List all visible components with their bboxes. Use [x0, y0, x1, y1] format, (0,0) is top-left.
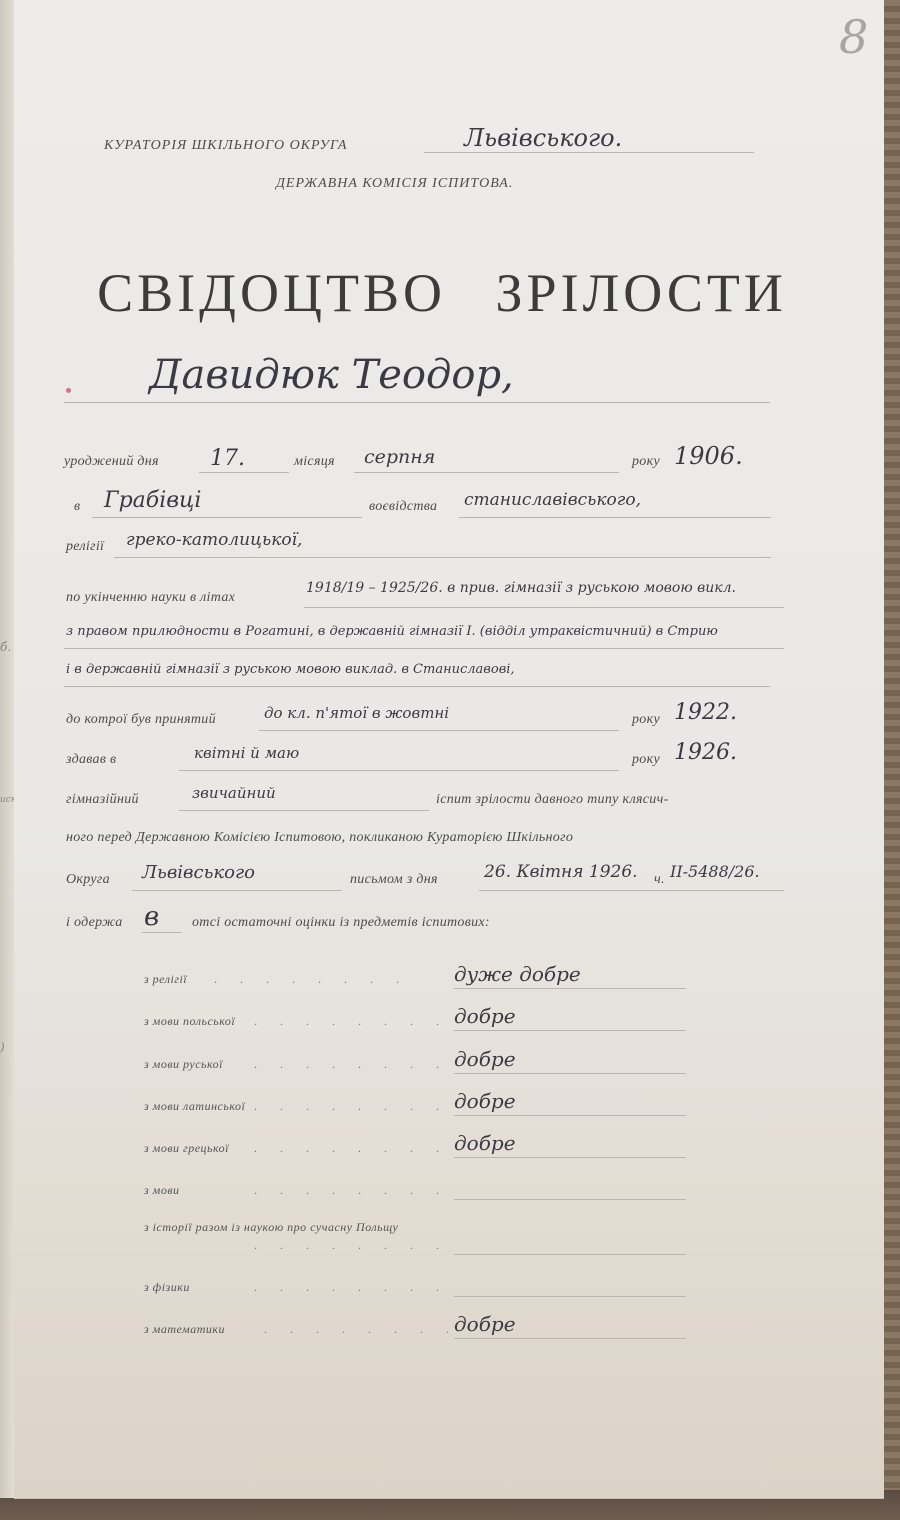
- margin-mark: б.: [0, 640, 11, 654]
- grade-line: [454, 988, 686, 989]
- grade-subject: з релігії: [144, 972, 187, 987]
- grade-subject: з мови латинської: [144, 1099, 245, 1114]
- grade-line: [454, 1157, 686, 1158]
- grade-value: добре: [454, 1047, 516, 1071]
- desk-background-right: [884, 0, 900, 1520]
- grade-line: [454, 1073, 686, 1074]
- birth-day: 17.: [210, 446, 245, 471]
- grade-subject: з історії разом із наукою про сучасну По…: [144, 1218, 444, 1236]
- month-line: [354, 472, 619, 473]
- exam-type-value: звичайний: [192, 784, 276, 802]
- admission-year: 1922.: [674, 700, 737, 725]
- dot-leader: . . . . . . . .: [254, 1141, 449, 1156]
- exam-taken-value: квітні й маю: [194, 744, 299, 762]
- education-line-1: 1918/19 – 1925/26. в прив. гімназії з ру…: [306, 580, 736, 596]
- education-label: по укінченню науки в літах: [66, 590, 235, 606]
- year-label: року: [632, 454, 660, 470]
- exam-taken-label: здавав в: [66, 752, 116, 768]
- admission-label: до котрої був принятий: [66, 712, 216, 728]
- education-rule-2: [64, 648, 784, 649]
- grade-line: [454, 1296, 686, 1297]
- received-suffix-line: [142, 932, 182, 933]
- admission-year-label: року: [632, 712, 660, 728]
- birth-month: серпня: [364, 446, 435, 468]
- education-line-2: з правом прилюдности в Рогатині, в держа…: [66, 624, 718, 639]
- exam-type-line: [179, 810, 429, 811]
- district-value: Львівського: [142, 862, 255, 883]
- grade-line: [454, 1199, 686, 1200]
- letter-number-label: ч.: [654, 872, 665, 888]
- gymnasium-label: гімназійний: [66, 792, 139, 808]
- voivodeship-line: [459, 517, 771, 518]
- received-label: і одержа: [66, 915, 123, 931]
- dot-leader: . . . . . . . .: [254, 1014, 449, 1029]
- month-label: місяця: [294, 454, 335, 470]
- certificate-page: 8 КУРАТОРІЯ ШКІЛЬНОГО ОКРУГА Львівського…: [14, 0, 884, 1499]
- student-name: Давидюк Теодор,: [149, 352, 514, 398]
- grade-line: [454, 1115, 686, 1116]
- admission-value: до кл. п'ятої в жовтні: [264, 704, 449, 722]
- in-label: в: [74, 499, 80, 515]
- letter-line: [479, 890, 784, 891]
- page-number: 8: [839, 10, 868, 64]
- religion-value: греко-католицької,: [126, 530, 302, 550]
- received-suffix: в: [144, 902, 159, 932]
- exam-type-text-1: іспит зрілости давного типу клясич-: [436, 792, 669, 808]
- name-line: [64, 402, 770, 403]
- exam-year: 1926.: [674, 740, 737, 765]
- birth-year: 1906.: [674, 442, 743, 470]
- district-label: Округа: [66, 872, 110, 888]
- grade-subject: з мови польської: [144, 1014, 235, 1029]
- margin-mark: ): [0, 1040, 5, 1054]
- letter-label: письмом з дня: [350, 872, 438, 888]
- town-line: [92, 517, 362, 518]
- birth-town: Грабівці: [104, 488, 201, 513]
- admission-line: [259, 730, 619, 731]
- dot-leader: . . . . . . . .: [254, 1057, 449, 1072]
- grade-subject: з математики: [144, 1322, 225, 1337]
- grade-value: добре: [454, 1131, 516, 1155]
- received-text: отсі остаточні оцінки із предметів іспит…: [192, 915, 490, 931]
- grade-value: дуже добре: [454, 962, 581, 986]
- grade-value: добре: [454, 1312, 516, 1336]
- dot-leader: . . . . . . . .: [254, 1099, 449, 1114]
- education-line-3: і в державній гімназії з руською мовою в…: [66, 662, 515, 677]
- curatorship-line: [424, 152, 754, 153]
- grade-subject: з мови грецької: [144, 1141, 229, 1156]
- education-rule-3: [64, 686, 770, 687]
- education-rule-1: [304, 607, 784, 608]
- grade-line: [454, 1030, 686, 1031]
- grade-value: добре: [454, 1004, 516, 1028]
- certificate-title: СВІДОЦТВО ЗРІЛОСТИ: [62, 262, 822, 324]
- district-line: [132, 890, 342, 891]
- dot-leader: . . . . . . . .: [264, 1322, 459, 1337]
- exam-type-text-2: ного перед Державною Комісією Іспитовою,…: [66, 830, 573, 846]
- title-word: ЗРІЛОСТИ: [496, 263, 787, 323]
- grade-line: [454, 1254, 686, 1255]
- religion-label: релігії: [66, 539, 104, 555]
- voivodeship-label: воєвідства: [369, 499, 437, 515]
- grade-subject: з мови руської: [144, 1057, 223, 1072]
- dot-leader: . . . . . . . .: [254, 1238, 449, 1253]
- curatorship-label: КУРАТОРІЯ ШКІЛЬНОГО ОКРУГА: [104, 138, 347, 154]
- born-day-label: уроджений дня: [64, 454, 159, 470]
- grade-line: [454, 1338, 686, 1339]
- previous-page-edge: б. иски ): [0, 0, 15, 1498]
- birth-voivodeship: станиславівського,: [464, 490, 641, 510]
- dot-leader: . . . . . . . .: [254, 1280, 449, 1295]
- grade-subject: з мови: [144, 1183, 180, 1198]
- dot-leader: . . . . . . . .: [254, 1183, 449, 1198]
- grade-value: добре: [454, 1089, 516, 1113]
- exam-taken-line: [179, 770, 619, 771]
- grade-subject: з фізики: [144, 1280, 190, 1295]
- letter-date: 26. Квітня 1926.: [484, 862, 638, 882]
- red-ink-dot: [66, 388, 71, 393]
- letter-number: II-5488/26.: [670, 862, 760, 881]
- title-word: СВІДОЦТВО: [97, 263, 446, 323]
- exam-year-label: року: [632, 752, 660, 768]
- commission-name: ДЕРЖАВНА КОМІСІЯ ІСПИТОВА.: [276, 176, 513, 192]
- curatorship-value: Львівського.: [464, 124, 622, 152]
- day-line: [199, 472, 289, 473]
- dot-leader: . . . . . . . .: [214, 972, 409, 987]
- religion-line: [114, 557, 771, 558]
